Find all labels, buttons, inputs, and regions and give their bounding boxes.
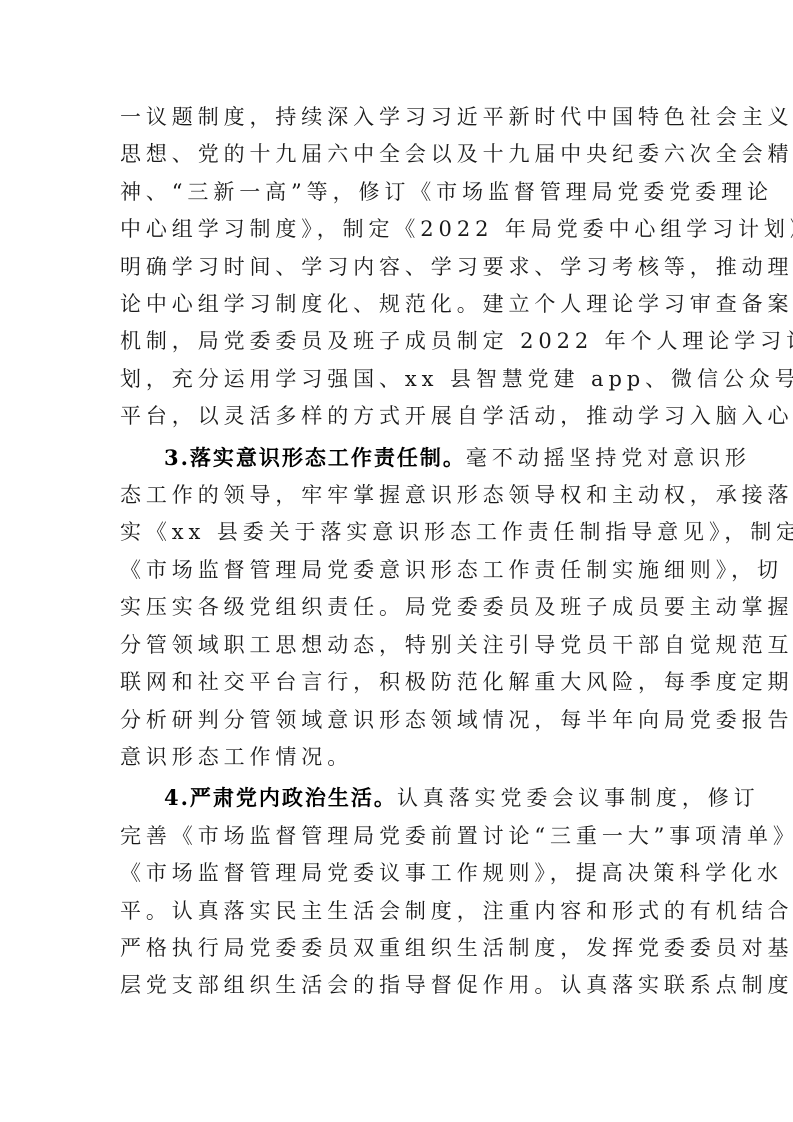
text-line: 实《xx 县委关于落实意识形态工作责任制指导意见》，制定 [120, 514, 676, 551]
text-line: 态工作的领导，牢牢掌握意识形态领导权和主动权，承接落 [120, 477, 676, 514]
text-line: 《市场监督管理局党委议事工作规则》，提高决策科学化水 [120, 855, 676, 892]
text-line: 严格执行局党委委员双重组织生活制度，发挥党委委员对基 [120, 930, 676, 967]
text-line: 思想、党的十九届六中全会以及十九届中央纪委六次全会精 [120, 136, 676, 173]
text-line: 《市场监督管理局党委意识形态工作责任制实施细则》，切 [120, 552, 676, 589]
text-line-first: 4.严肃党内政治生活。认真落实党委会议事制度，修订 [120, 779, 676, 817]
text-line-first: 3.落实意识形态工作责任制。毫不动摇坚持党对意识形 [120, 439, 676, 477]
text-line: 论中心组学习制度化、规范化。建立个人理论学习审查备案 [120, 286, 676, 323]
section-heading-4: 4.严肃党内政治生活。 [164, 785, 397, 810]
text-run: 认真落实党委会议事制度，修订 [397, 786, 760, 810]
text-line: 机制，局党委委员及班子成员制定 2022 年个人理论学习计 [120, 323, 676, 360]
text-line: 平。认真落实民主生活会制度，注重内容和形式的有机结合， [120, 893, 676, 930]
text-line: 中心组学习制度》，制定《2022 年局党委中心组学习计划》， [120, 211, 676, 248]
paragraph-political-life: 4.严肃党内政治生活。认真落实党委会议事制度，修订 完善《市场监督管理局党委前置… [120, 779, 676, 1004]
paragraph-theory-study: 一议题制度，持续深入学习习近平新时代中国特色社会主义 思想、党的十九届六中全会以… [120, 99, 676, 436]
text-line: 完善《市场监督管理局党委前置讨论“三重一大”事项清单》 [120, 818, 676, 855]
text-line: 联网和社交平台言行，积极防范化解重大风险，每季度定期 [120, 664, 676, 701]
text-line: 层党支部组织生活会的指导督促作用。认真落实联系点制度， [120, 967, 676, 1004]
text-line: 明确学习时间、学习内容、学习要求、学习考核等，推动理 [120, 249, 676, 286]
section-heading-3: 3.落实意识形态工作责任制。 [164, 445, 466, 470]
document-page: 一议题制度，持续深入学习习近平新时代中国特色社会主义 思想、党的十九届六中全会以… [120, 99, 676, 1008]
text-line: 划，充分运用学习强国、xx 县智慧党建 app、微信公众号等 [120, 361, 676, 398]
text-line: 神、“三新一高”等，修订《市场监督管理局党委党委理论 [120, 174, 676, 211]
text-line: 实压实各级党组织责任。局党委委员及班子成员要主动掌握 [120, 589, 676, 626]
text-run: 毫不动摇坚持党对意识形 [466, 446, 751, 470]
text-line: 平台，以灵活多样的方式开展自学活动，推动学习入脑入心。 [120, 398, 676, 435]
text-line: 分析研判分管领域意识形态领域情况，每半年向局党委报告 [120, 702, 676, 739]
text-line: 分管领域职工思想动态，特别关注引导党员干部自觉规范互 [120, 627, 676, 664]
paragraph-ideology-responsibility: 3.落实意识形态工作责任制。毫不动摇坚持党对意识形 态工作的领导，牢牢掌握意识形… [120, 439, 676, 777]
text-line: 意识形态工作情况。 [120, 739, 676, 776]
text-line: 一议题制度，持续深入学习习近平新时代中国特色社会主义 [120, 99, 676, 136]
